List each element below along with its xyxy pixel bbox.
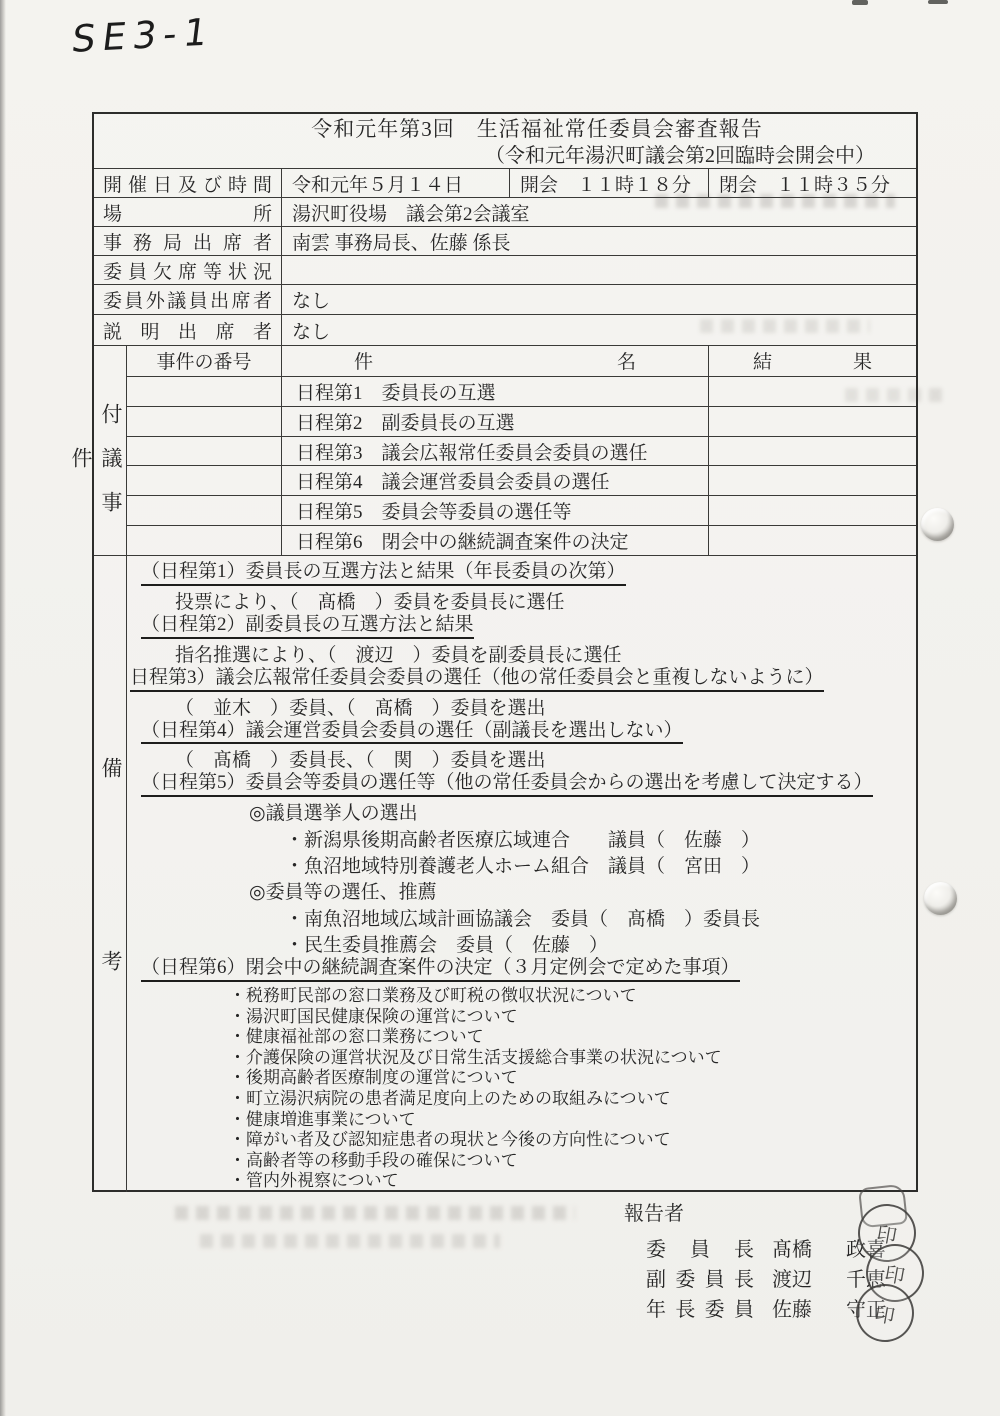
remarks-line: （ 髙橋 ）委員長、（ 関 ）委員を選出 xyxy=(175,745,546,772)
secretariat-label: 事務局出席者 xyxy=(103,228,272,255)
remarks-line: ・新潟県後期高齢者医療広域連合 議員（ 佐藤 ） xyxy=(285,825,760,852)
row-nonmember: 委員外議員出席者 なし xyxy=(94,284,916,314)
agenda-header-row: 事件の番号 件 名 結 果 xyxy=(127,346,916,376)
place-value: 湯沢町役場 議会第2会議室 xyxy=(282,198,916,226)
agenda-result-cell xyxy=(709,526,916,555)
agenda-result-cell xyxy=(709,466,916,495)
agenda-row: 日程第3 議会広報常任委員会委員の選任 xyxy=(127,436,916,466)
agenda-col-result-right: 果 xyxy=(853,347,872,374)
remarks-line: （日程第4）議会運営委員会委員の選任（副議長を選出しない） xyxy=(141,721,683,745)
reporter-title: 副委員長 xyxy=(646,1263,754,1292)
agenda-number-cell xyxy=(127,496,282,525)
scan-speck xyxy=(928,0,948,4)
agenda-number-cell xyxy=(127,407,282,436)
datetime-close: 閉会 １１時３５分 xyxy=(709,169,916,197)
explainers-label: 説明出席者 xyxy=(103,317,272,344)
datetime-date: 令和元年５月１４日 xyxy=(282,169,510,197)
remarks-line: 指名推選により、（ 渡辺 ）委員を副委員長に選任 xyxy=(175,640,622,667)
remarks-line: ・南魚沼地域広域計画協議会 委員（ 髙橋 ）委員長 xyxy=(285,904,760,931)
remarks-line: （日程第5）委員会等委員の選任等（他の常任委員会からの選出を考慮して決定する） xyxy=(141,773,873,797)
absence-label: 委員欠席等状況 xyxy=(103,257,272,284)
agenda-result-cell xyxy=(709,377,916,406)
explainers-value: なし xyxy=(282,315,916,345)
report-subtitle: （令和元年湯沢町議会第2回臨時会開会中） xyxy=(94,143,916,169)
agenda-number-cell xyxy=(127,526,282,555)
agenda-number-cell xyxy=(127,377,282,406)
datetime-label: 開催日及び時間 xyxy=(103,170,272,197)
report-table: 令和元年第3回 生活福祉常任委員会審査報告 （令和元年湯沢町議会第2回臨時会開会… xyxy=(92,112,918,1192)
agenda-row: 日程第1 委員長の互選 xyxy=(127,376,916,406)
remarks-line: ◎議員選挙人の選出 xyxy=(249,798,418,825)
row-explainers: 説明出席者 なし xyxy=(94,314,916,345)
datetime-label-cell: 開催日及び時間 xyxy=(94,169,282,197)
remarks-bullet: ・管内外視察について xyxy=(229,1166,399,1191)
reporter-surname: 髙橋 xyxy=(772,1233,844,1262)
hole-punch xyxy=(924,882,957,915)
remarks-side-label: 備考 xyxy=(94,556,126,1143)
remarks-line: （ 並木 ）委員、（ 髙橋 ）委員を選出 xyxy=(175,693,546,720)
agenda-col-name-right: 名 xyxy=(617,347,636,374)
place-label: 場所 xyxy=(103,199,272,226)
remarks-line: （日程第6）閉会中の継続調査案件の決定（３月定例会で定めた事項） xyxy=(141,958,740,982)
bleed-through-artifact xyxy=(200,1234,500,1248)
agenda-row: 日程第4 議会運営委員会委員の選任 xyxy=(127,465,916,495)
title-block: 令和元年第3回 生活福祉常任委員会審査報告 （令和元年湯沢町議会第2回臨時会開会… xyxy=(94,114,916,168)
reporter-title: 委員長 xyxy=(646,1233,754,1262)
remarks-line: （日程第1）委員長の互選方法と結果（年長委員の次第） xyxy=(141,562,626,586)
agenda-side-column: 付議事件 xyxy=(94,346,127,555)
agenda-col-name: 件 名 xyxy=(282,346,709,376)
agenda-side-label: 付議事件 xyxy=(94,346,126,555)
reporter-surname: 渡辺 xyxy=(772,1263,844,1292)
agenda-col-name-left: 件 xyxy=(354,347,373,374)
agenda-item: 日程第5 委員会等委員の選任等 xyxy=(282,496,709,525)
agenda-item: 日程第4 議会運営委員会委員の選任 xyxy=(282,466,709,495)
agenda-result-cell xyxy=(709,407,916,436)
row-place: 場所 湯沢町役場 議会第2会議室 xyxy=(94,197,916,226)
remarks-side-column: 備考 xyxy=(94,556,127,1192)
agenda-item: 日程第2 副委員長の互選 xyxy=(282,407,709,436)
seal-stack: 印 印 印 xyxy=(848,1188,940,1348)
agenda-item: 日程第1 委員長の互選 xyxy=(282,377,709,406)
remarks-line: 日程第3）議会広報常任委員会委員の選任（他の常任委員会と重複しないように） xyxy=(130,668,824,692)
agenda-col-number: 事件の番号 xyxy=(127,346,282,376)
remarks-line: （日程第2）副委員長の互選方法と結果 xyxy=(141,615,474,639)
remarks-section: 備考 （日程第1）委員長の互選方法と結果（年長委員の次第） 投票により、（ 髙橋… xyxy=(94,555,916,1192)
scan-speck xyxy=(852,0,868,5)
nonmember-value: なし xyxy=(282,285,916,314)
row-absence: 委員欠席等状況 xyxy=(94,255,916,284)
agenda-item: 日程第3 議会広報常任委員会委員の選任 xyxy=(282,437,709,466)
remarks-line: ・魚沼地域特別養護老人ホーム組合 議員（ 宮田 ） xyxy=(285,851,760,878)
remarks-content: （日程第1）委員長の互選方法と結果（年長委員の次第） 投票により、（ 髙橋 ）委… xyxy=(127,556,916,1192)
agenda-main: 事件の番号 件 名 結 果 日程第1 委員長の互選 xyxy=(127,346,916,555)
handwritten-code: SE3-1 xyxy=(69,10,216,61)
agenda-row: 日程第6 閉会中の継続調査案件の決定 xyxy=(127,525,916,555)
explainers-label-cell: 説明出席者 xyxy=(94,315,282,345)
scanned-document-page: SE3-1 令和元年第3回 生活福祉常任委員会審査報告 （令和元年湯沢町議会第2… xyxy=(0,0,1000,1416)
report-title: 令和元年第3回 生活福祉常任委員会審査報告 xyxy=(94,116,916,143)
agenda-section: 付議事件 事件の番号 件 名 結 果 日程第1 委員長の互選 xyxy=(94,345,916,555)
agenda-result-cell xyxy=(709,496,916,525)
agenda-item: 日程第6 閉会中の継続調査案件の決定 xyxy=(282,526,709,555)
agenda-col-result: 結 果 xyxy=(709,346,916,376)
agenda-col-result-left: 結 xyxy=(753,347,772,374)
row-secretariat: 事務局出席者 南雲 事務局長、佐藤 係長 xyxy=(94,226,916,255)
remarks-line: 投票により、（ 髙橋 ）委員を委員長に選任 xyxy=(175,587,565,614)
reporter-title: 年長委員 xyxy=(646,1293,754,1322)
secretariat-value: 南雲 事務局長、佐藤 係長 xyxy=(282,227,916,255)
nonmember-label-cell: 委員外議員出席者 xyxy=(94,285,282,314)
remarks-line: ・民生委員推薦会 委員（ 佐藤 ） xyxy=(285,930,608,957)
hanko-seal-icon: 印 xyxy=(856,1284,914,1342)
nonmember-label: 委員外議員出席者 xyxy=(103,286,272,313)
bleed-through-artifact xyxy=(175,1206,575,1220)
reporter-surname: 佐藤 xyxy=(772,1293,844,1322)
agenda-number-cell xyxy=(127,466,282,495)
place-label-cell: 場所 xyxy=(94,198,282,226)
absence-value xyxy=(282,256,916,284)
remarks-line: ◎委員等の選任、推薦 xyxy=(249,877,437,904)
absence-label-cell: 委員欠席等状況 xyxy=(94,256,282,284)
datetime-open: 開会 １１時１８分 xyxy=(510,169,709,197)
secretariat-label-cell: 事務局出席者 xyxy=(94,227,282,255)
agenda-number-cell xyxy=(127,437,282,466)
hole-punch xyxy=(921,508,954,541)
agenda-result-cell xyxy=(709,437,916,466)
scan-edge-shadow xyxy=(0,0,6,1416)
agenda-row: 日程第5 委員会等委員の選任等 xyxy=(127,495,916,525)
row-datetime: 開催日及び時間 令和元年５月１４日 開会 １１時１８分 閉会 １１時３５分 xyxy=(94,168,916,197)
agenda-row: 日程第2 副委員長の互選 xyxy=(127,406,916,436)
